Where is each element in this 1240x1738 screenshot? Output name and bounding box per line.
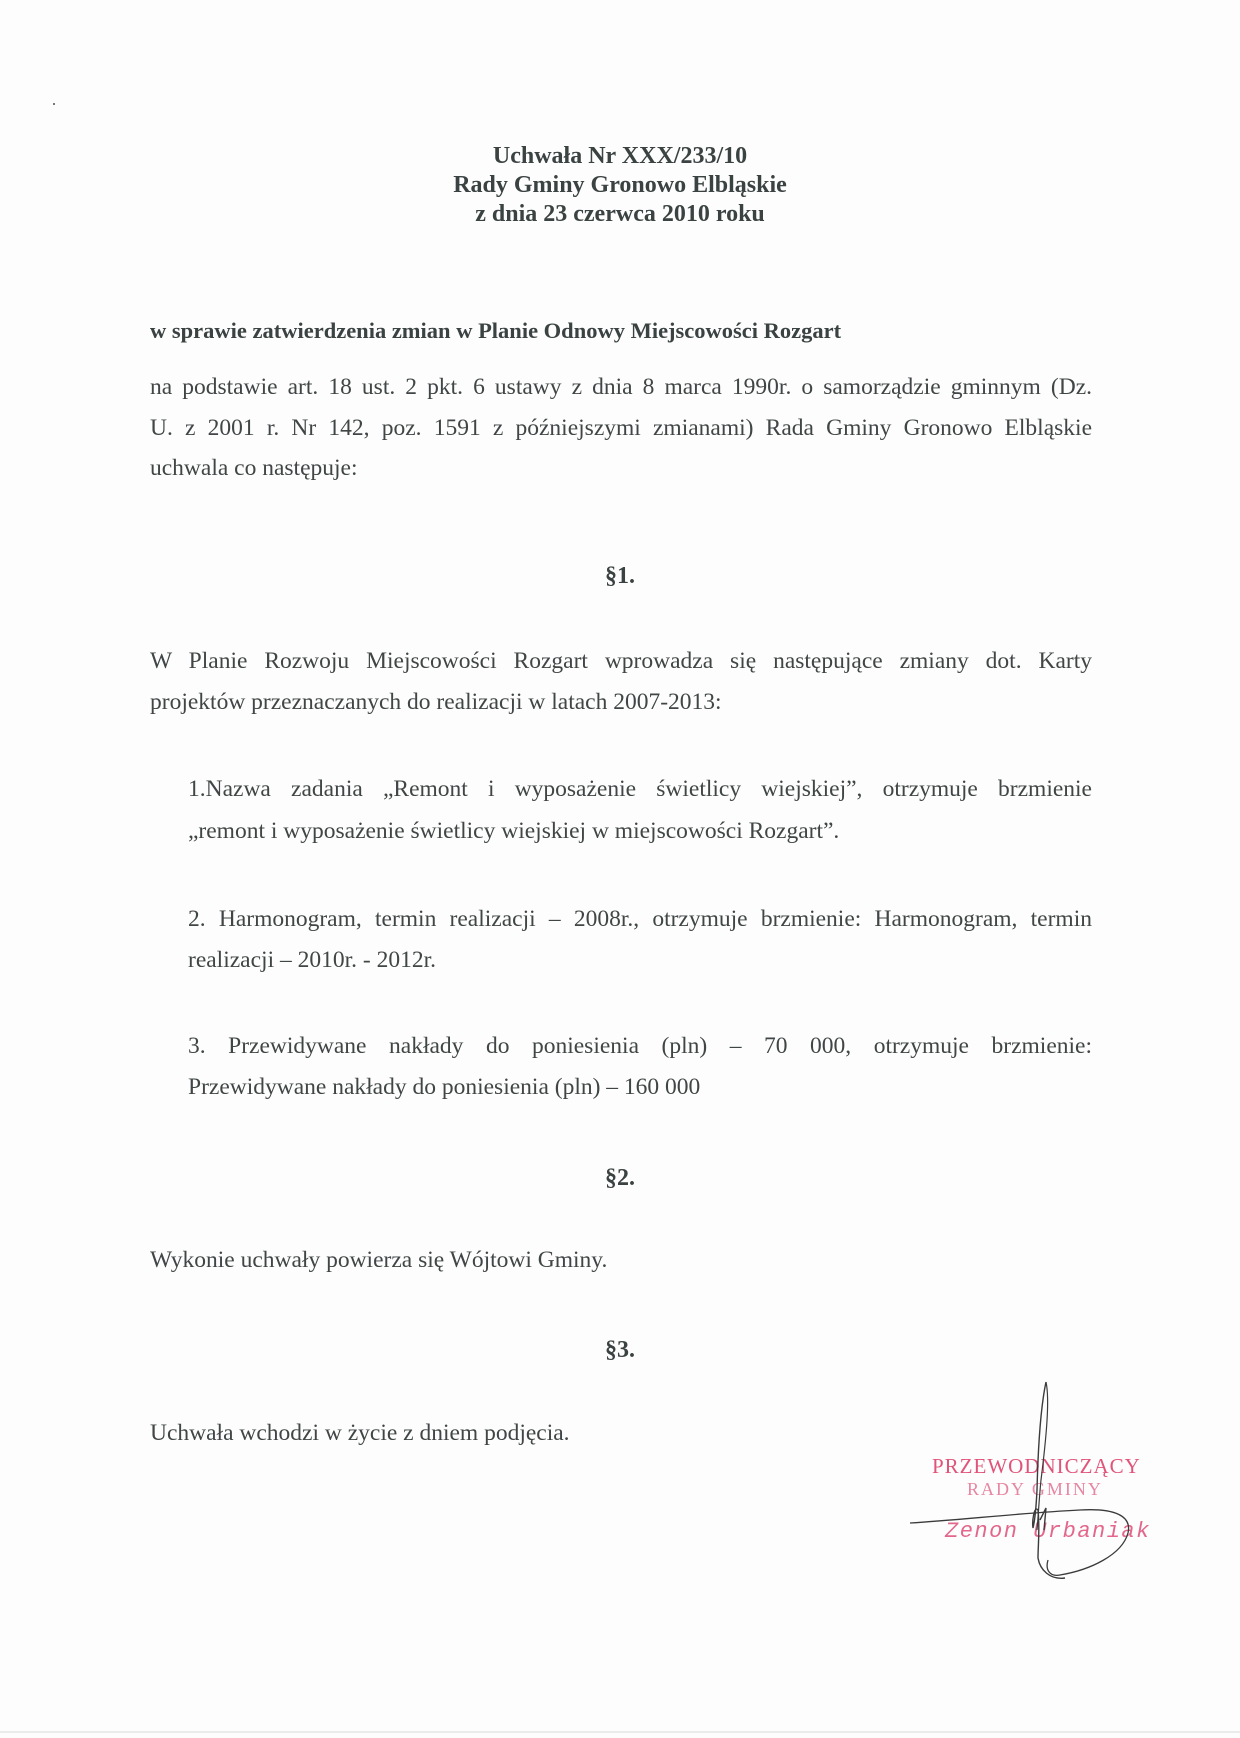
- resolution-number: Uchwała Nr XXX/233/10: [0, 142, 1240, 170]
- list-item-2: realizacji – 2010r. - 2012r.: [188, 945, 436, 975]
- council-name: Rady Gminy Gronowo Elbląskie: [0, 171, 1240, 199]
- section-3-text: Uchwała wchodzi w życie z dniem podjęcia…: [150, 1418, 570, 1448]
- scan-speck: [53, 103, 55, 105]
- resolution-subject: w sprawie zatwierdzenia zmian w Planie O…: [150, 317, 841, 345]
- signature-icon: [900, 1370, 1160, 1590]
- list-item-1: „remont i wyposażenie świetlicy wiejskie…: [188, 816, 839, 846]
- resolution-date: z dnia 23 czerwca 2010 roku: [0, 200, 1240, 228]
- section-1-intro: W Planie Rozwoju Miejscowości Rozgart wp…: [150, 646, 1092, 676]
- list-item-1: 1.Nazwa zadania „Remont i wyposażenie św…: [188, 774, 1092, 804]
- document-page: Uchwała Nr XXX/233/10 Rady Gminy Gronowo…: [0, 0, 1240, 1738]
- section-1-intro: projektów przeznaczanych do realizacji w…: [150, 687, 722, 717]
- list-item-2: 2. Harmonogram, termin realizacji – 2008…: [188, 904, 1092, 934]
- preamble-line: uchwala co następuje:: [150, 453, 358, 483]
- section-3-heading: §3.: [0, 1335, 1240, 1365]
- scan-bottom-edge: [0, 1731, 1240, 1733]
- preamble-line: na podstawie art. 18 ust. 2 pkt. 6 ustaw…: [150, 372, 1092, 402]
- preamble-line: U. z 2001 r. Nr 142, poz. 1591 z później…: [150, 413, 1092, 443]
- section-2-text: Wykonie uchwały powierza się Wójtowi Gmi…: [150, 1245, 607, 1275]
- section-1-heading: §1.: [0, 561, 1240, 591]
- list-item-3: Przewidywane nakłady do poniesienia (pln…: [188, 1072, 700, 1102]
- section-2-heading: §2.: [0, 1163, 1240, 1193]
- list-item-3: 3. Przewidywane nakłady do poniesienia (…: [188, 1031, 1092, 1061]
